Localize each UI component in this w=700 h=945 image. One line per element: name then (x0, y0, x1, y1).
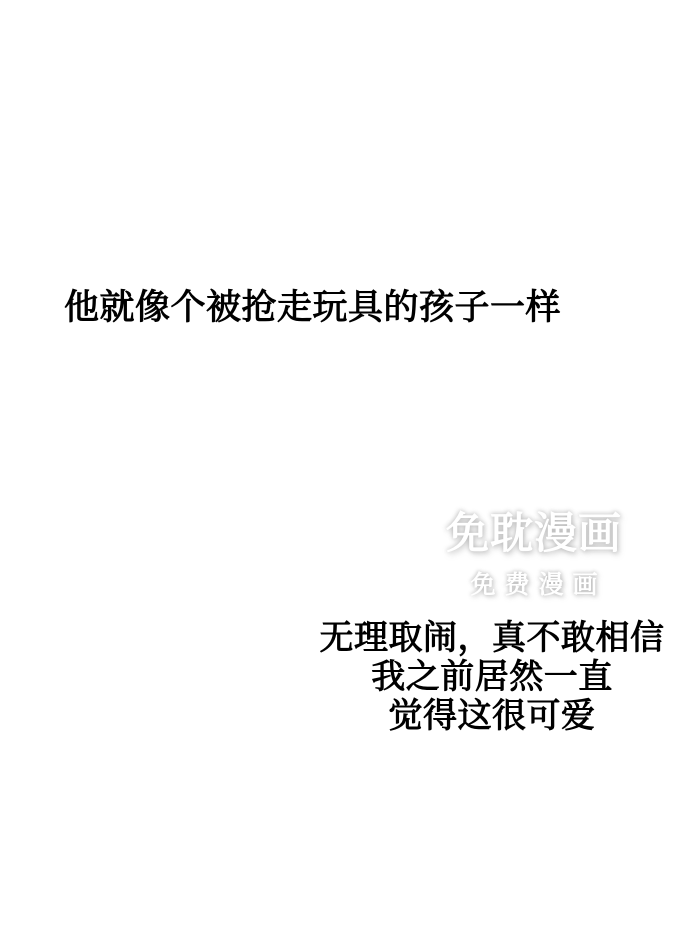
narration-bottom-line-2: 我之前居然一直 (320, 658, 665, 697)
watermark-subtitle: 免费漫画 (446, 565, 622, 601)
narration-bottom-line-3: 觉得这很可爱 (320, 697, 665, 736)
narration-text-bottom: 无理取闹，真不敢相信 我之前居然一直 觉得这很可爱 (320, 619, 665, 736)
narration-bottom-line-1: 无理取闹，真不敢相信 (320, 619, 665, 658)
site-watermark: 免耽漫画 免费漫画 (446, 500, 622, 601)
comic-page: 他就像个被抢走玩具的孩子一样 免耽漫画 免费漫画 无理取闹，真不敢相信 我之前居… (0, 0, 700, 945)
narration-text-top: 他就像个被抢走玩具的孩子一样 (64, 288, 561, 328)
watermark-title: 免耽漫画 (446, 500, 622, 561)
